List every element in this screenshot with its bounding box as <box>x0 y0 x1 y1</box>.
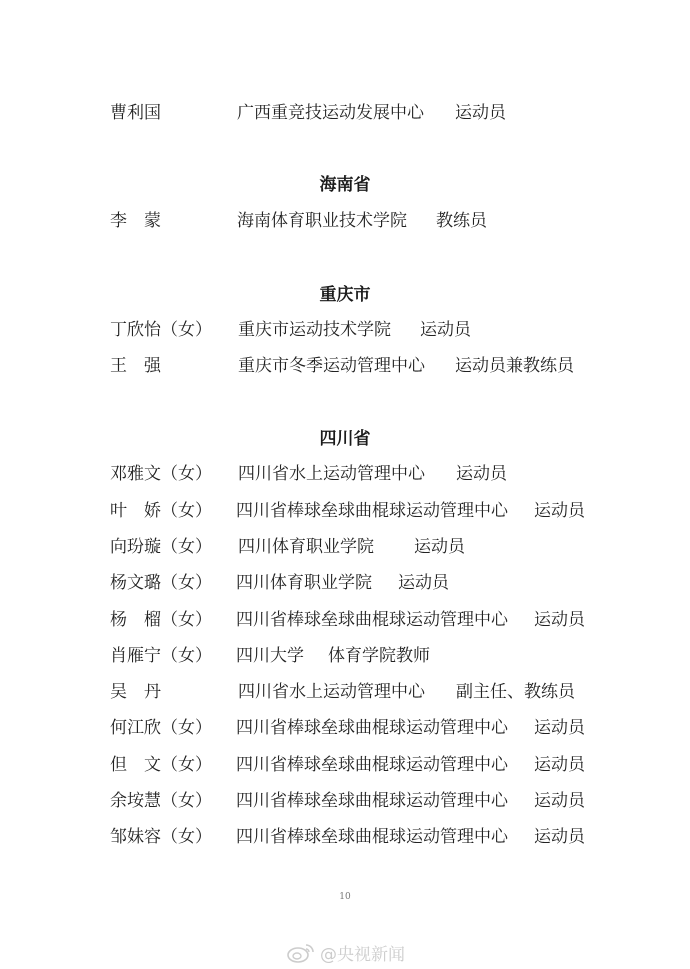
role: 运动员 <box>534 499 585 523</box>
role: 运动员兼教练员 <box>455 354 574 378</box>
person-name: 王 强 <box>110 354 161 378</box>
person-name: 李 蒙 <box>110 209 161 233</box>
weibo-icon <box>286 941 316 963</box>
role: 运动员 <box>534 716 585 740</box>
person-name: 杨 榴（女） <box>110 608 212 632</box>
organization: 四川省棒球垒球曲棍球运动管理中心 <box>236 825 508 849</box>
person-name: 何江欣（女） <box>110 716 212 740</box>
person-name: 肖雁宁（女） <box>110 644 212 668</box>
role: 运动员 <box>456 462 507 486</box>
person-name: 曹利国 <box>110 101 161 125</box>
role: 运动员 <box>414 535 465 559</box>
role: 体育学院教师 <box>328 644 430 668</box>
organization: 四川省棒球垒球曲棍球运动管理中心 <box>236 608 508 632</box>
organization: 海南体育职业技术学院 <box>237 209 407 233</box>
role: 副主任、教练员 <box>456 680 575 704</box>
watermark-text: @央视新闻 <box>320 940 405 965</box>
person-name: 邓雅文（女） <box>110 462 212 486</box>
role: 运动员 <box>534 789 585 813</box>
watermark: @央视新闻 <box>286 940 405 964</box>
entry-row: 杨 榴（女） 四川省棒球垒球曲棍球运动管理中心 运动员 <box>0 608 690 632</box>
role: 运动员 <box>420 318 471 342</box>
role: 运动员 <box>398 571 449 595</box>
role: 运动员 <box>534 753 585 777</box>
person-name: 杨文璐（女） <box>110 571 212 595</box>
organization: 四川省棒球垒球曲棍球运动管理中心 <box>236 789 508 813</box>
entry-row: 丁欣怡（女） 重庆市运动技术学院 运动员 <box>0 318 690 342</box>
person-name: 但 文（女） <box>110 753 212 777</box>
page-number: 10 <box>0 892 690 902</box>
section-heading: 四川省 <box>0 427 690 451</box>
entry-row: 王 强 重庆市冬季运动管理中心 运动员兼教练员 <box>0 354 690 378</box>
organization: 四川省棒球垒球曲棍球运动管理中心 <box>236 716 508 740</box>
role: 运动员 <box>534 608 585 632</box>
entry-row: 邹妹容（女） 四川省棒球垒球曲棍球运动管理中心 运动员 <box>0 825 690 849</box>
person-name: 邹妹容（女） <box>110 825 212 849</box>
entry-row: 向玢璇（女） 四川体育职业学院 运动员 <box>0 535 690 559</box>
entry-row: 肖雁宁（女） 四川大学 体育学院教师 <box>0 644 690 668</box>
entry-row: 曹利国 广西重竞技运动发展中心 运动员 <box>0 101 690 125</box>
organization: 重庆市运动技术学院 <box>238 318 391 342</box>
entry-row: 李 蒙 海南体育职业技术学院 教练员 <box>0 209 690 233</box>
entry-row: 余垵慧（女） 四川省棒球垒球曲棍球运动管理中心 运动员 <box>0 789 690 813</box>
organization: 四川省棒球垒球曲棍球运动管理中心 <box>236 499 508 523</box>
organization: 四川体育职业学院 <box>238 535 374 559</box>
section-heading: 海南省 <box>0 173 690 197</box>
entry-row: 叶 娇（女） 四川省棒球垒球曲棍球运动管理中心 运动员 <box>0 499 690 523</box>
person-name: 余垵慧（女） <box>110 789 212 813</box>
organization: 四川省水上运动管理中心 <box>238 462 425 486</box>
role: 教练员 <box>436 209 487 233</box>
entry-row: 吴 丹 四川省水上运动管理中心 副主任、教练员 <box>0 680 690 704</box>
person-name: 向玢璇（女） <box>110 535 212 559</box>
role: 运动员 <box>534 825 585 849</box>
entry-row: 邓雅文（女） 四川省水上运动管理中心 运动员 <box>0 462 690 486</box>
person-name: 丁欣怡（女） <box>110 318 212 342</box>
organization: 广西重竞技运动发展中心 <box>237 101 424 125</box>
role: 运动员 <box>455 101 506 125</box>
entry-row: 何江欣（女） 四川省棒球垒球曲棍球运动管理中心 运动员 <box>0 716 690 740</box>
organization: 重庆市冬季运动管理中心 <box>238 354 425 378</box>
organization: 四川大学 <box>236 644 304 668</box>
organization: 四川省水上运动管理中心 <box>238 680 425 704</box>
section-heading: 重庆市 <box>0 283 690 307</box>
person-name: 吴 丹 <box>110 680 161 704</box>
organization: 四川体育职业学院 <box>236 571 372 595</box>
person-name: 叶 娇（女） <box>110 499 212 523</box>
entry-row: 但 文（女） 四川省棒球垒球曲棍球运动管理中心 运动员 <box>0 753 690 777</box>
entry-row: 杨文璐（女） 四川体育职业学院 运动员 <box>0 571 690 595</box>
organization: 四川省棒球垒球曲棍球运动管理中心 <box>236 753 508 777</box>
